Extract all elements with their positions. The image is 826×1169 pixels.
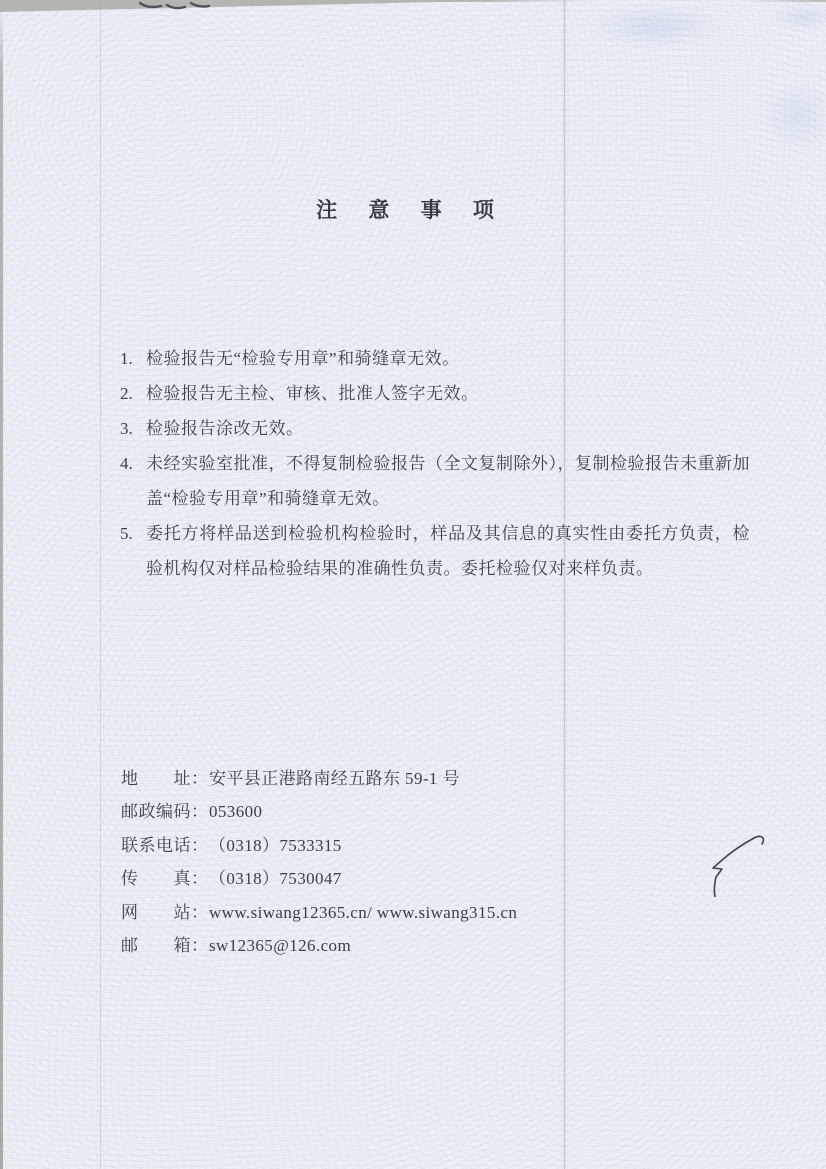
contact-postcode-row: 邮政编码： 053600 (121, 795, 601, 828)
note-item-5: 5. 委托方将样品送到检验机构检验时，样品及其信息的真实性由委托方负责，检验机构… (120, 516, 750, 586)
contact-block: 地 址： 安平县正港路南经五路东 59-1 号 邮政编码： 053600 联系电… (121, 762, 601, 962)
note-text: 检验报告涂改无效。 (146, 411, 750, 446)
email-label: 邮 箱： (121, 929, 209, 962)
address-label: 地 址： (121, 762, 209, 795)
fax-value: （0318）7530047 (209, 862, 342, 895)
postcode-label: 邮政编码： (121, 795, 209, 828)
handwritten-pen-mark (702, 831, 776, 897)
contact-email-row: 邮 箱： sw12365@126.com (121, 929, 601, 962)
note-number: 3. (120, 411, 146, 446)
phone-label: 联系电话： (121, 829, 209, 862)
fold-crease-left (100, 0, 101, 1169)
note-number: 1. (120, 341, 146, 376)
contact-address-row: 地 址： 安平县正港路南经五路东 59-1 号 (121, 762, 601, 795)
phone-value: （0318）7533315 (209, 829, 342, 862)
postcode-value: 053600 (209, 795, 262, 828)
contact-fax-row: 传 真： （0318）7530047 (121, 862, 601, 895)
contact-website-row: 网 站： www.siwang12365.cn/ www.siwang315.c… (121, 896, 601, 929)
ink-smudge (586, 2, 726, 50)
note-item-1: 1. 检验报告无“检验专用章”和骑缝章无效。 (120, 341, 750, 376)
cutoff-ink-marks (136, 0, 218, 11)
note-text: 未经实验室批准，不得复制检验报告（全文复制除外），复制检验报告未重新加盖“检验专… (146, 446, 750, 516)
website-label: 网 站： (121, 896, 209, 929)
note-number: 2. (120, 376, 146, 411)
scanned-notice-page: 注 意 事 项 1. 检验报告无“检验专用章”和骑缝章无效。 2. 检验报告无主… (0, 0, 826, 1169)
scanner-left-edge (0, 8, 3, 1169)
contact-phone-row: 联系电话： （0318）7533315 (121, 829, 601, 862)
note-item-4: 4. 未经实验室批准，不得复制检验报告（全文复制除外），复制检验报告未重新加盖“… (120, 446, 750, 516)
page-title: 注 意 事 项 (0, 194, 810, 224)
ink-smudge (758, 78, 826, 152)
fax-label: 传 真： (121, 862, 209, 895)
note-text: 检验报告无主检、审核、批准人签字无效。 (146, 376, 750, 411)
website-value: www.siwang12365.cn/ www.siwang315.cn (209, 896, 517, 929)
scanner-top-edge-line (0, 0, 826, 2)
note-text: 委托方将样品送到检验机构检验时，样品及其信息的真实性由委托方负责，检验机构仅对样… (146, 516, 750, 586)
address-value: 安平县正港路南经五路东 59-1 号 (209, 762, 460, 795)
note-text: 检验报告无“检验专用章”和骑缝章无效。 (146, 341, 750, 376)
email-value: sw12365@126.com (209, 929, 351, 962)
notes-list: 1. 检验报告无“检验专用章”和骑缝章无效。 2. 检验报告无主检、审核、批准人… (120, 341, 750, 586)
note-number: 4. (120, 446, 146, 481)
note-item-2: 2. 检验报告无主检、审核、批准人签字无效。 (120, 376, 750, 411)
note-number: 5. (120, 516, 146, 551)
ink-smudge (770, 2, 826, 32)
note-item-3: 3. 检验报告涂改无效。 (120, 411, 750, 446)
